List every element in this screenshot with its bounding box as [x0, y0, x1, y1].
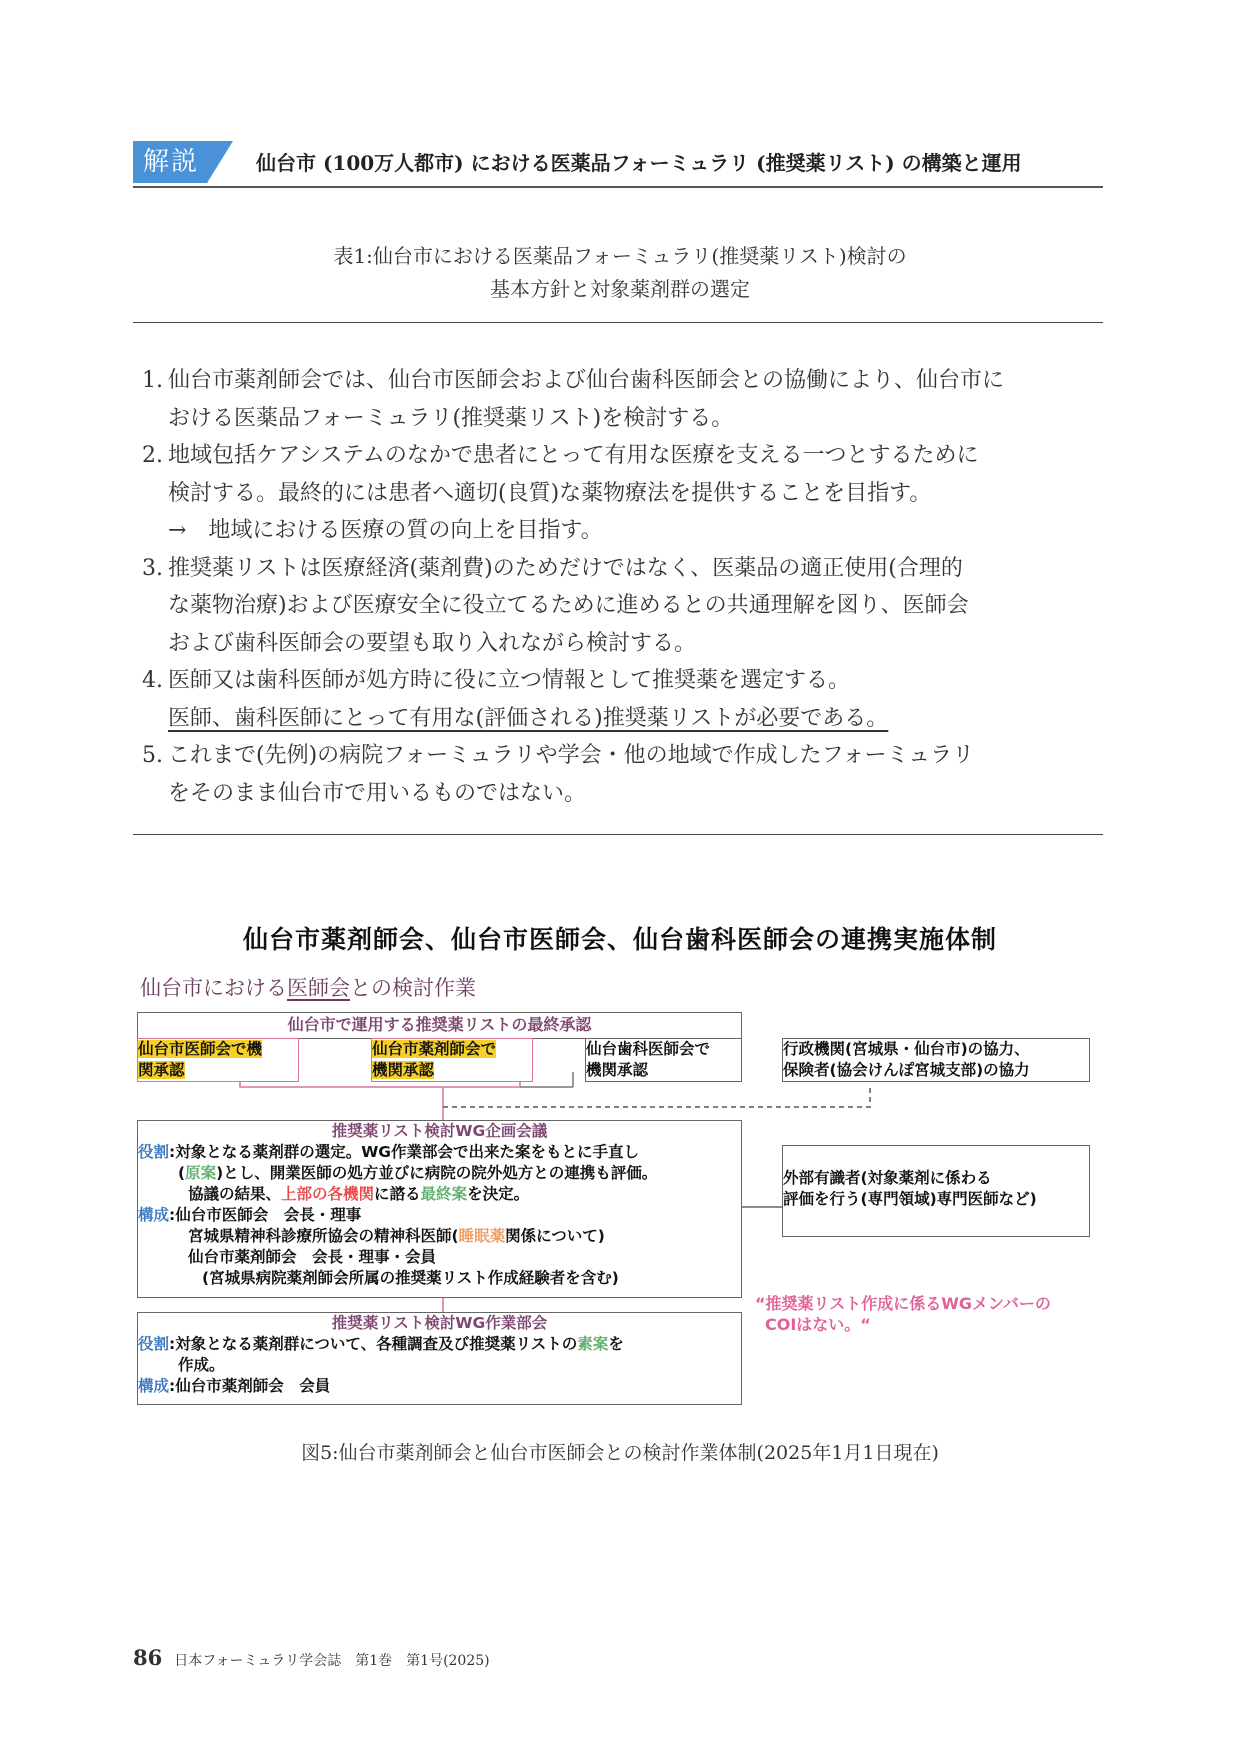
working-role-line1-b: を — [608, 1335, 624, 1353]
med-assoc-approval-line1: 仙台市医師会で機 — [138, 1040, 262, 1058]
wg-working-group-box: 推奨薬リスト検討WG作業部会 役割:対象となる薬剤群について、各種調査及び推奨薬… — [137, 1312, 742, 1405]
planning-role-line2-b: )とし、開業医師の処方並びに病院の院外処方との連携も評価。 — [216, 1164, 657, 1182]
pharm-assoc-approval-box: 仙台市薬剤師会で 機関承認 — [371, 1038, 533, 1082]
coi-note: “推奨薬リスト作成に係るWGメンバーの COIはない。“ — [755, 1293, 1051, 1335]
coi-note-line2: COIはない。“ — [755, 1314, 1051, 1335]
page-number: 86 — [133, 1645, 162, 1670]
working-comp-line1: :仙台市薬剤師会 会員 — [169, 1377, 330, 1395]
external-experts-box: 外部有識者(対象薬剤に係わる 評価を行う(専門領域)専門医師など) — [782, 1145, 1090, 1237]
wg-working-header: 推奨薬リスト検討WG作業部会 — [138, 1313, 741, 1334]
working-role-line2: 作成。 — [138, 1355, 741, 1376]
upper-institutions-term: 上部の各機関 — [281, 1185, 374, 1203]
government-insurer-box: 行政機関(宮城県・仙台市)の協力、 保険者(協会けんぽ宮城支部)の協力 — [782, 1038, 1090, 1082]
government-line: 行政機関(宮城県・仙台市)の協力、 — [783, 1039, 1089, 1060]
planning-role-line1: :対象となる薬剤群の選定。WG作業部会で出来た案をもとに手直し — [169, 1143, 639, 1161]
planning-role-line3-c: を決定。 — [467, 1185, 529, 1203]
dental-assoc-approval-box: 仙台歯科医師会で 機関承認 — [585, 1038, 742, 1082]
med-assoc-approval-line2: 関承認 — [138, 1061, 185, 1079]
final-approval-box: 仙台市で運用する推奨薬リストの最終承認 — [137, 1012, 742, 1039]
rough-draft-term: 素案 — [577, 1335, 608, 1353]
planning-role-line3-a: 協議の結果、 — [188, 1185, 281, 1203]
composition-label: 構成 — [138, 1206, 169, 1224]
planning-comp-line4: (宮城県病院薬剤師会所属の推奨薬リスト作成経験者を含む) — [138, 1268, 741, 1289]
coi-note-line1: “推奨薬リスト作成に係るWGメンバーの — [755, 1293, 1051, 1314]
final-draft-term: 最終案 — [421, 1185, 468, 1203]
pharm-assoc-approval-line1: 仙台市薬剤師会で — [372, 1040, 496, 1058]
pharm-assoc-approval-line2: 機関承認 — [372, 1061, 434, 1079]
planning-comp-line2-a: 宮城県精神科診療所協会の精神科医師( — [188, 1227, 459, 1245]
dental-assoc-approval-line2: 機関承認 — [586, 1060, 741, 1081]
figure-caption: 図5:仙台市薬剤師会と仙台市医師会との検討作業体制(2025年1月1日現在) — [0, 1438, 1240, 1465]
external-experts-line1: 外部有識者(対象薬剤に係わる — [783, 1168, 1089, 1189]
planning-comp-line2-b: 関係について) — [505, 1227, 605, 1245]
dental-assoc-approval-line1: 仙台歯科医師会で — [586, 1039, 741, 1060]
journal-citation: 日本フォーミュラリ学会誌 第1巻 第1号(2025) — [174, 1653, 489, 1669]
planning-comp-line3: 仙台市薬剤師会 会長・理事・会員 — [138, 1247, 741, 1268]
wg-planning-meeting-box: 推奨薬リスト検討WG企画会議 役割:対象となる薬剤群の選定。WG作業部会で出来た… — [137, 1120, 742, 1298]
planning-role-line3-b: に諮る — [374, 1185, 421, 1203]
external-experts-line2: 評価を行う(専門領域)専門医師など) — [783, 1189, 1089, 1210]
sleep-drug-term: 睡眠薬 — [459, 1227, 506, 1245]
final-approval-header: 仙台市で運用する推奨薬リストの最終承認 — [138, 1013, 741, 1037]
role-label: 役割 — [138, 1335, 169, 1353]
insurer-line: 保険者(協会けんぽ宮城支部)の協力 — [783, 1060, 1089, 1081]
planning-comp-line1: :仙台市医師会 会長・理事 — [169, 1206, 361, 1224]
draft-term: 原案 — [185, 1164, 216, 1182]
role-label: 役割 — [138, 1143, 169, 1161]
page-footer: 86日本フォーミュラリ学会誌 第1巻 第1号(2025) — [133, 1645, 490, 1670]
wg-planning-header: 推奨薬リスト検討WG企画会議 — [138, 1121, 741, 1142]
working-role-line1-a: :対象となる薬剤群について、各種調査及び推奨薬リストの — [169, 1335, 577, 1353]
med-assoc-approval-box: 仙台市医師会で機 関承認 — [137, 1038, 299, 1082]
composition-label: 構成 — [138, 1377, 169, 1395]
